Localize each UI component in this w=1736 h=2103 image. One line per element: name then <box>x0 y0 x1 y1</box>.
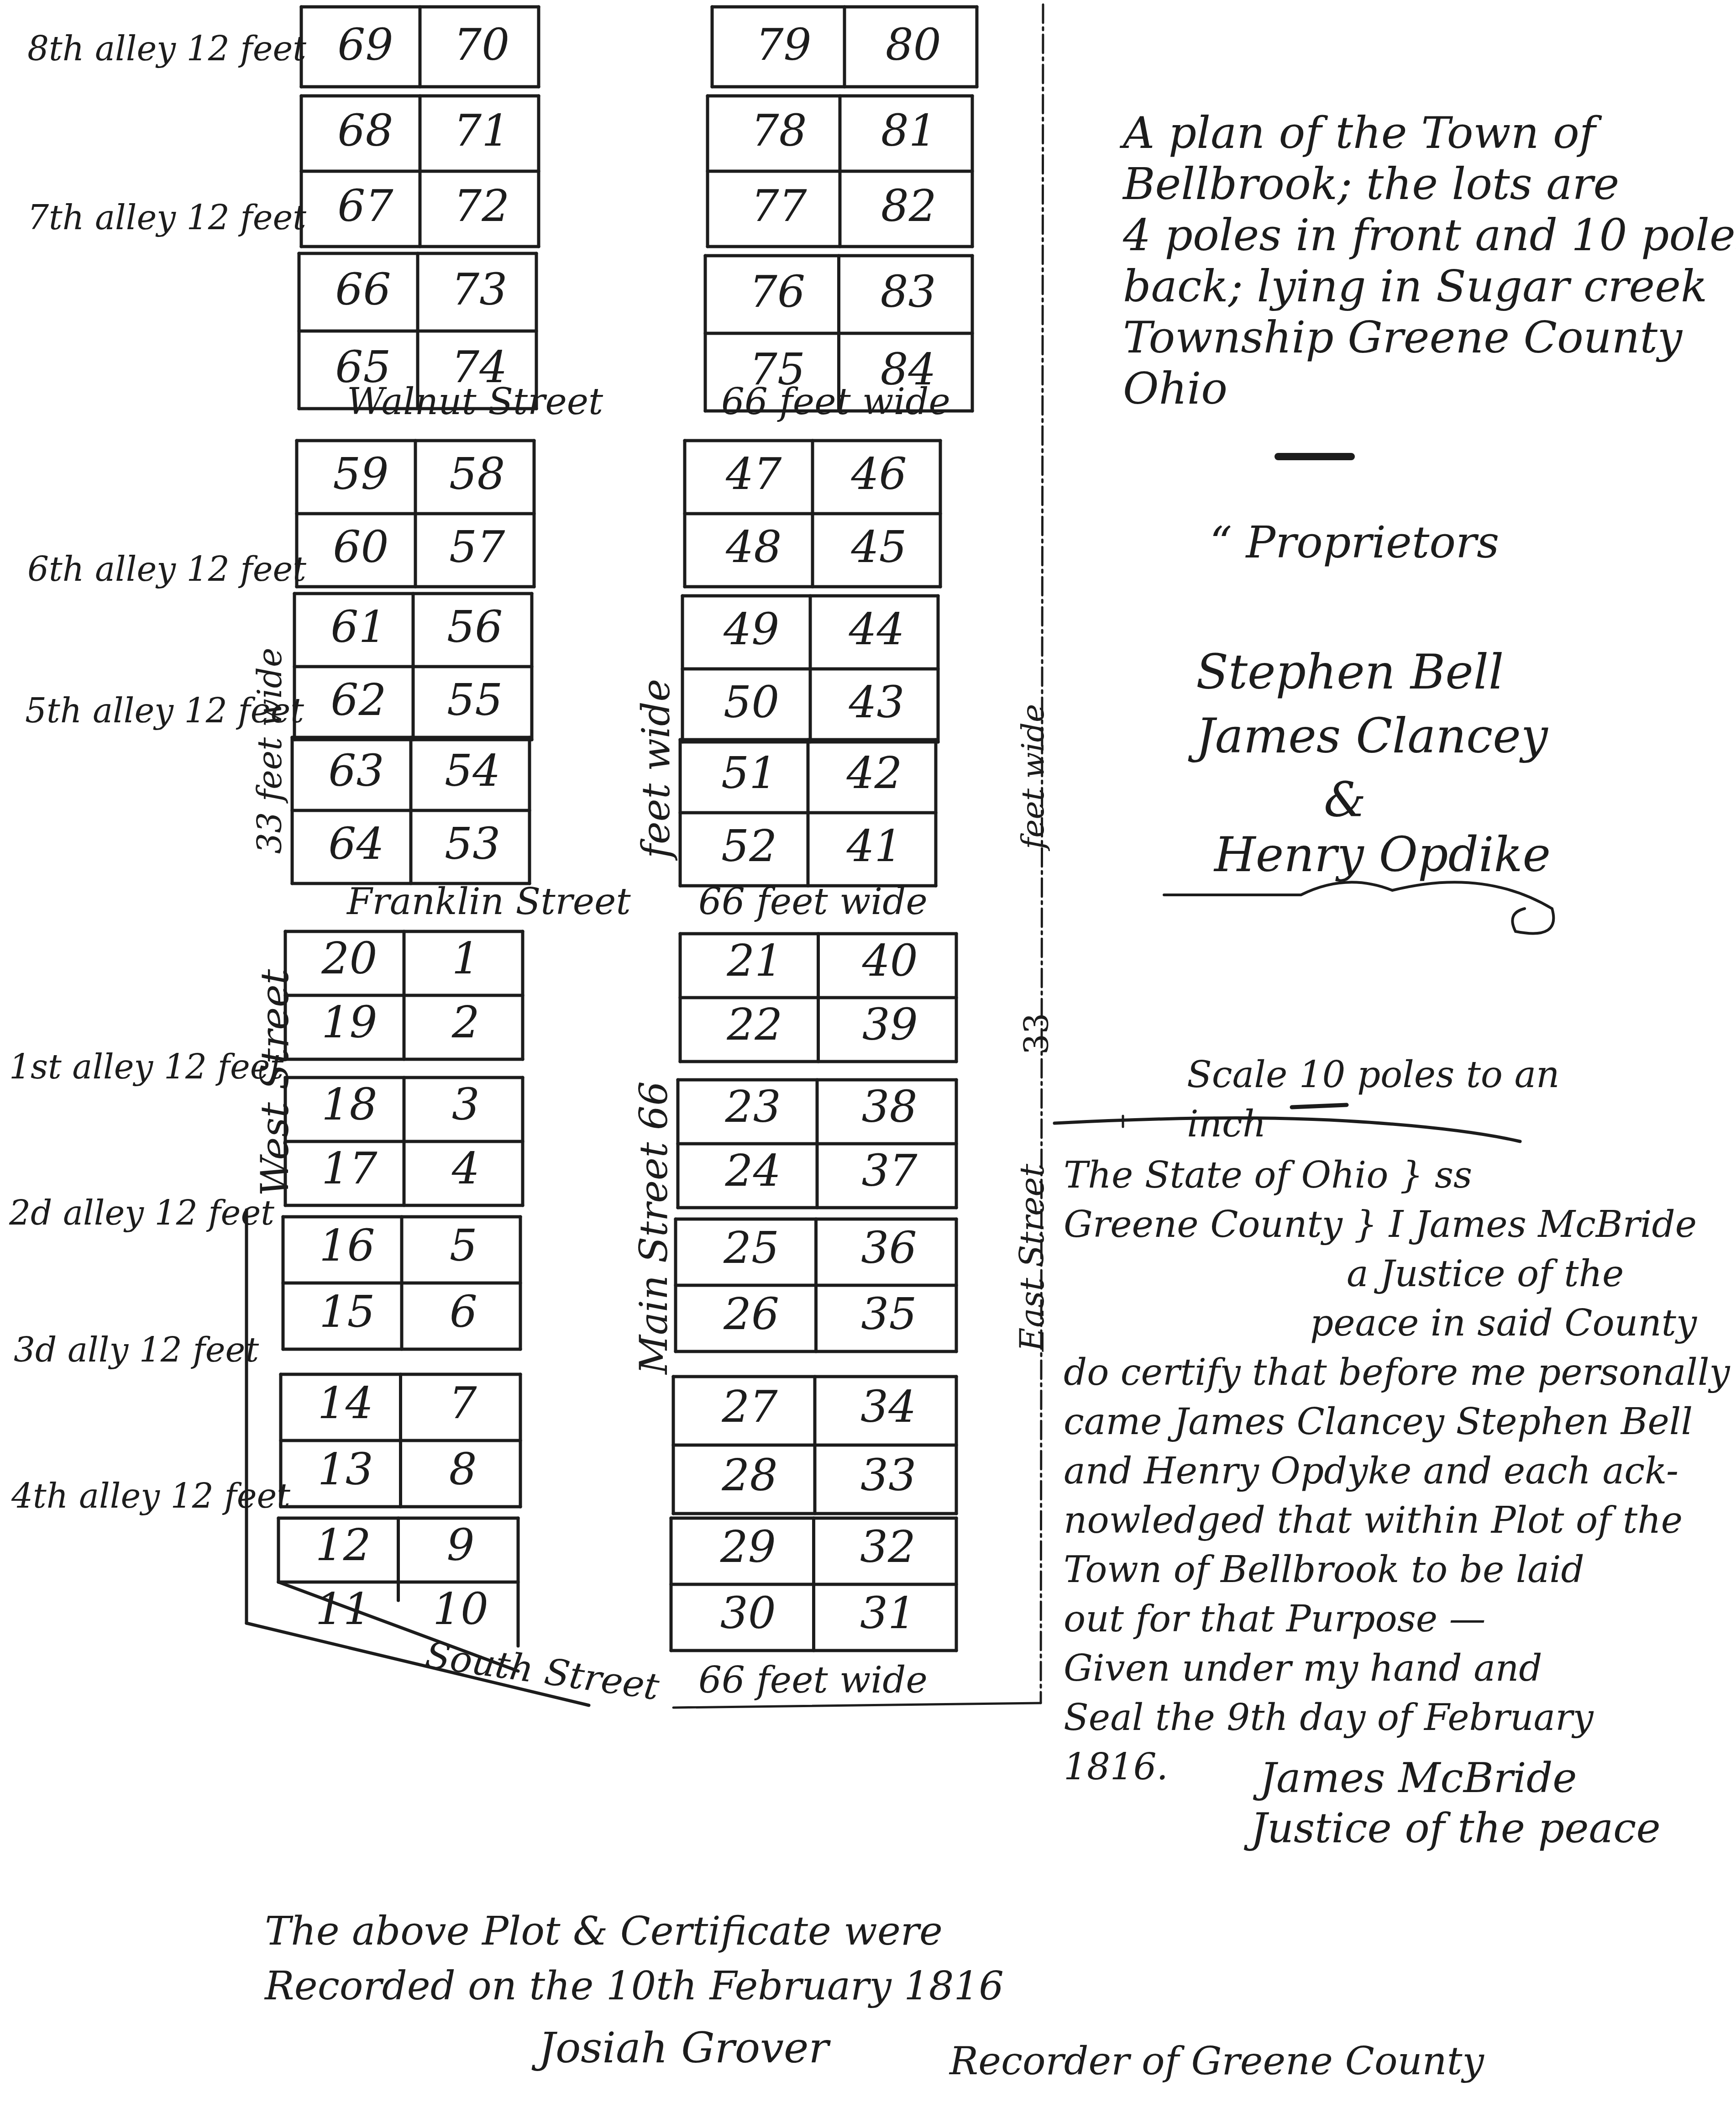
lot-number: 52 <box>721 820 777 872</box>
main-street-label: Main Street 66 <box>635 1081 673 1374</box>
lot-number: 35 <box>861 1288 917 1340</box>
lot-number: 68 <box>337 105 393 156</box>
recording-line: Recorded on the 10th February 1816 <box>265 1959 1004 2014</box>
lot-number: 28 <box>721 1450 777 1501</box>
plan-description: A plan of the Town of Bellbrook; the lot… <box>1123 107 1736 414</box>
lot-number: 76 <box>750 266 805 317</box>
lot-number: 72 <box>454 180 509 231</box>
lot-number: 26 <box>723 1288 779 1340</box>
lot-number: 36 <box>861 1222 917 1273</box>
franklin-street-width: 66 feet wide <box>698 883 928 920</box>
cert-line: out for that Purpose — <box>1064 1594 1730 1644</box>
cert-line: Town of Bellbrook to be laid <box>1064 1545 1730 1594</box>
lot-number: 53 <box>445 818 500 869</box>
lot-number: 80 <box>886 19 941 70</box>
description-line: Township Greene County <box>1123 312 1736 363</box>
lot-number: 21 <box>726 935 782 986</box>
lot-number: 1 <box>452 933 480 984</box>
lot-number: 61 <box>330 601 386 652</box>
lot-number: 83 <box>881 266 936 317</box>
lot-number: 62 <box>330 674 386 726</box>
cert-line: and Henry Opdyke and each ack- <box>1064 1446 1730 1496</box>
justice-signature-title: Justice of the peace <box>1251 1808 1661 1849</box>
lot-number: 10 <box>433 1583 488 1635</box>
lot-number: 12 <box>315 1519 371 1571</box>
alley-label-2nd: 2d alley 12 feet <box>9 1196 274 1230</box>
alley-label-3rd: 3d ally 12 feet <box>14 1333 259 1367</box>
lot-number: 39 <box>862 999 918 1050</box>
lot-number: 41 <box>846 820 902 872</box>
lot-number: 45 <box>851 521 907 573</box>
alley-label-6th: 6th alley 12 feet <box>27 552 306 586</box>
proprietor-james-clancey: James Clancey <box>1196 712 1548 760</box>
lot-number: 54 <box>445 745 500 796</box>
lot-number: 25 <box>723 1222 779 1273</box>
east-street-width-33: 33 <box>1020 1013 1053 1055</box>
justice-certificate: The State of Ohio } ss Greene County } I… <box>1064 1151 1730 1792</box>
cert-line: a Justice of the <box>1064 1249 1730 1299</box>
scale-note: Scale 10 poles to an inch <box>1187 1050 1560 1149</box>
lot-number: 49 <box>723 604 779 655</box>
lot-number: 6 <box>450 1286 477 1337</box>
lot-number: 22 <box>726 999 782 1050</box>
scale-line: inch <box>1187 1099 1560 1149</box>
lot-number: 16 <box>319 1220 375 1271</box>
recorder-title: Recorder of Greene County <box>949 2036 1484 2086</box>
lot-number: 37 <box>862 1145 918 1196</box>
lot-number: 66 <box>335 264 391 315</box>
lot-number: 59 <box>333 448 388 499</box>
lot-number: 73 <box>451 264 507 315</box>
description-line: A plan of the Town of <box>1123 107 1736 158</box>
lot-number: 42 <box>846 747 902 799</box>
lot-number: 43 <box>849 677 905 728</box>
lot-number: 20 <box>321 933 377 984</box>
lot-number: 51 <box>721 747 777 799</box>
lot-number: 64 <box>328 818 384 869</box>
lot-number: 2 <box>451 997 480 1048</box>
lot-number: 15 <box>319 1286 375 1337</box>
alley-label-4th: 4th alley 12 feet <box>11 1479 290 1513</box>
description-line: back; lying in Sugar creek <box>1123 261 1736 312</box>
walnut-street-width: 66 feet wide <box>721 384 950 420</box>
lot-number: 38 <box>862 1081 918 1132</box>
lot-number: 17 <box>321 1143 377 1194</box>
lot-number: 29 <box>720 1521 776 1572</box>
lot-number: 77 <box>751 180 807 231</box>
proprietor-ampersand: & <box>1324 776 1366 824</box>
lot-number: 18 <box>321 1079 377 1130</box>
proprietor-stephen-bell: Stephen Bell <box>1196 648 1504 696</box>
lot-number: 31 <box>860 1588 916 1639</box>
west-street-width-upper: 33 feet wide <box>253 647 286 854</box>
east-street-label: East Street <box>1016 1164 1049 1351</box>
lot-number: 33 <box>860 1450 916 1501</box>
west-street-label: West Street <box>256 969 294 1196</box>
proprietor-henry-opdike: Henry Opdike <box>1214 831 1551 878</box>
recording-line: The above Plot & Certificate were <box>265 1904 1004 1959</box>
justice-signature-name: James McBride <box>1260 1758 1577 1799</box>
recorder-signature: Josiah Grover <box>539 2027 829 2069</box>
cert-line: came James Clancey Stephen Bell <box>1064 1397 1730 1446</box>
lot-number: 46 <box>851 448 907 499</box>
lot-number: 82 <box>881 180 937 231</box>
lot-number: 69 <box>337 19 393 70</box>
lot-number: 50 <box>724 677 779 728</box>
description-line: Bellbrook; the lots are <box>1123 158 1736 210</box>
lot-number: 58 <box>449 448 505 499</box>
lot-number: 47 <box>725 448 781 499</box>
lot-number: 24 <box>725 1145 781 1196</box>
lot-number: 5 <box>450 1220 477 1271</box>
recording-note: The above Plot & Certificate were Record… <box>265 1904 1004 2014</box>
lot-number: 13 <box>318 1444 373 1495</box>
proprietors-heading: “ Proprietors <box>1210 520 1499 564</box>
lot-number: 56 <box>447 601 503 652</box>
lot-number: 55 <box>447 674 503 726</box>
lot-number: 4 <box>451 1143 480 1194</box>
lot-number: 79 <box>756 19 812 70</box>
cert-line: peace in said County <box>1064 1299 1730 1348</box>
lot-number: 32 <box>860 1521 916 1572</box>
lot-number: 11 <box>315 1583 371 1635</box>
cert-line: do certify that before me personally <box>1064 1348 1730 1397</box>
lot-number: 30 <box>720 1588 776 1639</box>
cert-line: nowledged that within Plot of the <box>1064 1496 1730 1545</box>
alley-label-7th: 7th alley 12 feet <box>27 201 306 235</box>
south-street-width: 66 feet wide <box>698 1662 928 1698</box>
lot-number: 34 <box>860 1381 916 1432</box>
alley-label-1st: 1st alley 12 feet <box>9 1050 283 1084</box>
lot-number: 81 <box>881 105 937 156</box>
alley-label-8th: 8th alley 12 feet <box>27 32 306 66</box>
lot-number: 14 <box>318 1377 373 1429</box>
lot-number: 23 <box>725 1081 781 1132</box>
lot-number: 60 <box>333 521 388 573</box>
cert-line: The State of Ohio } ss <box>1064 1151 1730 1200</box>
lot-number: 63 <box>328 745 384 796</box>
description-line: 4 poles in front and 10 poles <box>1123 210 1736 261</box>
franklin-street-label: Franklin Street <box>347 883 631 920</box>
cert-line: Seal the 9th day of February <box>1064 1693 1730 1742</box>
lot-number: 40 <box>862 935 918 986</box>
lot-number: 9 <box>446 1519 474 1571</box>
cert-line: Given under my hand and <box>1064 1644 1730 1693</box>
lot-number: 57 <box>449 521 505 573</box>
lot-number: 44 <box>849 604 905 655</box>
description-line: Ohio <box>1123 363 1736 414</box>
lot-number: 7 <box>449 1377 477 1429</box>
lot-number: 48 <box>725 521 781 573</box>
lot-number: 27 <box>721 1381 777 1432</box>
lot-number: 8 <box>449 1444 477 1495</box>
lot-number: 19 <box>321 997 377 1048</box>
lot-number: 67 <box>337 180 393 231</box>
lot-number: 71 <box>454 105 509 156</box>
main-street-width-upper: feet wide <box>637 679 675 858</box>
lot-number: 70 <box>454 19 509 70</box>
lot-number: 78 <box>751 105 807 156</box>
scale-line: Scale 10 poles to an <box>1187 1050 1560 1099</box>
cert-line: Greene County } I James McBride <box>1064 1200 1730 1249</box>
east-street-width-upper: feet wide <box>1018 704 1049 849</box>
lot-number: 3 <box>452 1079 480 1130</box>
walnut-street-label: Walnut Street <box>347 384 603 420</box>
